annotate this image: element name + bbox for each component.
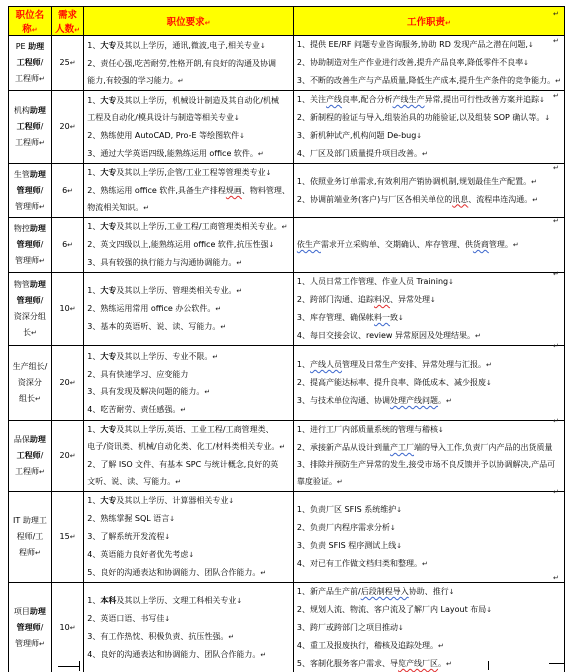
text-segment: 后段制程导入 <box>361 587 409 596</box>
job-table: 职位名称↵需求人数↵职位要求↵工作职责↵ PE 助理工程师/工程师↵25↵1、大… <box>8 6 565 672</box>
text-segment: 大专 <box>100 168 116 177</box>
format-mark: ↓ <box>539 96 545 104</box>
requirements-cell: 1、大专及其以上学历，通讯,微波,电子,相关专业↓2、责任心强,吃苦耐劳,性格开… <box>84 36 294 91</box>
format-mark: ↓ <box>169 515 175 523</box>
text-line: 2、协调前端业务(客户)与厂区各相关单位的讯息、流程串连沟通。↵ <box>297 191 561 209</box>
text-line: 3、有工作热忱、积极负责、抗压性强。↵ <box>87 628 290 646</box>
format-mark: ↵ <box>39 257 45 265</box>
text-line: 资深分组长↵ <box>12 309 48 341</box>
row-end-mark: ↵ <box>553 489 559 496</box>
text-segment: 规画 <box>226 186 242 195</box>
format-mark: ↓ <box>486 379 492 387</box>
text-line: 工程及自动化/模具设计与制造等相关专业↓ <box>87 109 290 127</box>
format-mark: ↵ <box>258 150 264 158</box>
format-mark: ↓ <box>396 542 402 550</box>
text-line: 机构助理工程师/ <box>12 103 48 135</box>
text-segment: 大专 <box>100 41 116 50</box>
text-segment: 2、熟练掌握 SQL 语言 <box>87 514 169 523</box>
text-line: 工程师↵ <box>12 71 48 87</box>
duties-cell: 1、负责厂区 SFIS 系统维护↓2、负责厂内程序需求分析↓3、负责 SFIS … <box>293 492 564 583</box>
text-segment: 、流程串连沟通。 <box>468 195 532 204</box>
row-end-mark: ↵ <box>553 575 559 582</box>
requirements-cell: 1、大专及其以上学历,英语、工业工程/工商管理类、电子/资讯类、机械/自动化类、… <box>84 421 294 492</box>
duties-cell: 1、关注产线良率,配合分析产线生产异常,提出可行性改善方案并追踪↓2、新制程的验… <box>293 91 564 164</box>
text-segment: 异常,提出可行性改善方案并追踪 <box>425 95 540 104</box>
format-mark: ↵ <box>32 26 38 34</box>
text-segment: 及其以上学历,工业工程/工商管理类相关专业。 <box>116 222 281 231</box>
text-line: 3、具有较强的执行能力与沟通协调能力。↵ <box>87 254 290 272</box>
text-line: 1、大专及其以上学历、专业不限。↵ <box>87 348 290 366</box>
text-segment: 15 <box>60 532 70 541</box>
format-mark: ↵ <box>513 241 519 249</box>
duties-cell: 1、提供 EE/RF 问题专业咨询服务,协助 RD 发现产品之潜在问题,↓2、协… <box>293 36 564 91</box>
text-segment: 需求开立采购单、交期确认、库存管理、供 <box>321 240 473 249</box>
text-segment: 本科 <box>100 596 116 605</box>
format-mark: ↵ <box>337 478 343 486</box>
format-mark: ↵ <box>67 241 73 249</box>
text-segment: 端的导入工作,负责厂内产品的出货质量 <box>414 443 553 452</box>
format-mark: ↵ <box>446 660 452 668</box>
format-mark: ↵ <box>422 150 428 158</box>
text-line: 3、不断的改善生产与产品质量,降低生产成本,提升生产条件的竞争能力。↵ <box>297 72 561 90</box>
text-segment: 及其以上学历、计算器相关专业 <box>116 496 228 505</box>
text-segment: 讯息 <box>452 195 468 204</box>
format-mark: ↓ <box>390 524 396 532</box>
format-mark: ↵ <box>70 123 76 131</box>
text-segment: 管理及日常生产安排、异常处理与汇报。 <box>342 360 486 369</box>
format-mark: ↵ <box>215 305 221 313</box>
format-mark: ↵ <box>70 379 76 387</box>
text-line: 2、承接新产品从设计到量产工厂端的导入工作,负责厂内产品的出货质量 <box>297 439 561 456</box>
table-corner-tick <box>488 661 489 670</box>
text-segment: 4、重工及报废执行，稽核及追踪处理。 <box>297 641 438 650</box>
requirements-cell: 1、大专及其以上学历,企管/工业工程等管理类专业↓2、熟练运用 office 软… <box>84 164 294 218</box>
text-line: 1、大专及其以上学历，机械设计制造及其自动化/机械 <box>87 92 290 109</box>
text-line: PE 助理工程师/ <box>12 39 48 71</box>
text-segment: 3、具有发现及解决问题的能力。 <box>87 387 204 396</box>
position-cell: 品保助理工程师/工程师↵ <box>9 421 52 492</box>
format-mark: ↵ <box>178 77 184 85</box>
text-line: 6↵ <box>55 182 80 200</box>
format-mark: ↵ <box>220 323 226 331</box>
text-line: 1、关注产线良率,配合分析产线生产异常,提出可行性改善方案并追踪↓ <box>297 91 561 109</box>
row-end-mark: ↵ <box>553 38 559 45</box>
row-end-mark: ↵ <box>553 165 559 172</box>
row-end-mark: ↵ <box>553 418 559 425</box>
text-segment: / <box>41 186 44 195</box>
format-mark: ↓ <box>236 597 242 605</box>
text-line: 管理师↵ <box>12 199 48 215</box>
text-segment: 、异常处理 <box>390 295 430 304</box>
duties-cell: 1、进行工厂内部质量系统的管理与稽核↓2、承接新产品从设计到量产工厂端的导入工作… <box>293 421 564 492</box>
text-line: 靠度验证。↵ <box>297 473 561 491</box>
text-segment: 管理师 <box>15 256 39 265</box>
headcount-cell: 6↵ <box>51 164 83 218</box>
format-mark: ↓ <box>544 114 550 122</box>
duties-cell: 1、新产品生产前/后段制程导入协助、推行↓2、规划人流、物流、客户流及了解厂内 … <box>293 583 564 672</box>
text-line: 2、提高产能达标率、提升良率、降低成本、减少报废↓ <box>297 374 561 392</box>
text-segment: 及其以上学历，机械设计制造及其自动化/机械 <box>116 96 279 105</box>
format-mark: ↵ <box>70 624 76 632</box>
text-line: 依生产需求开立采购单、交期确认、库存管理、供货商管理。↵ <box>297 236 561 254</box>
text-segment: 及其以上学历、专业不限。 <box>116 352 212 361</box>
text-line: 5、良好的沟通表达和协调能力、团队合作能力。↵ <box>87 564 290 582</box>
format-mark: ↓ <box>430 296 436 304</box>
position-cell: 生管助理管理师/管理师↵ <box>9 164 52 218</box>
text-segment: 、物料管理、 <box>242 186 290 195</box>
format-mark: ↵ <box>422 560 428 568</box>
document-page: 职位名称↵需求人数↵职位要求↵工作职责↵ PE 助理工程师/工程师↵25↵1、大… <box>0 0 565 672</box>
text-line: 2、熟练运用 office 软件,具备生产排程规画、物料管理、 <box>87 182 290 199</box>
text-segment: / <box>41 451 44 460</box>
duties-cell: 1、人员日常工作管理、作业人员 Training↓2、跨部门沟通、追踪料况、异常… <box>293 273 564 346</box>
text-line: 4、吃苦耐劳、责任感强。↵ <box>87 401 290 419</box>
text-segment: / <box>41 58 44 67</box>
text-line: 1、大专及其以上学历,企管/工业工程等管理类专业↓ <box>87 164 290 182</box>
requirements-cell: 1、大专及其以上学历、计算器相关专业↓2、熟练掌握 SQL 语言↓3、了解系统开… <box>84 492 294 583</box>
text-line: 文听、说、读、写能力。↵ <box>87 473 290 491</box>
text-line: 15↵ <box>55 528 80 546</box>
text-line: 程师↵ <box>12 545 48 561</box>
text-segment: 工程师 <box>15 138 39 147</box>
text-segment: 1、 <box>87 286 100 295</box>
text-line: IT 助理工程师/工 <box>12 513 48 545</box>
text-segment: 10 <box>60 623 70 632</box>
text-line: 5、客制化服务客户需求、导览产线厂区。↵ <box>297 655 561 672</box>
text-segment: 生产组长/资深分 <box>13 362 48 387</box>
text-line: 4、每日交接会议、review 异常原因及处理结果。↵ <box>297 327 561 345</box>
text-segment: 工程及自动化/模具设计与制造等相关专业 <box>87 113 234 122</box>
requirements-cell: 1、大专及其以上学历、专业不限。↵2、具有快速学习、应变能力3、具有发现及解决问… <box>84 346 294 421</box>
text-segment: / <box>41 240 44 249</box>
text-line: 2、责任心强,吃苦耐劳,性格开朗,有良好的沟通及协调 <box>87 55 290 72</box>
position-cell: IT 助理工程师/工程师↵ <box>9 492 52 583</box>
text-line: 物流相关知识。↵ <box>87 199 290 217</box>
format-mark: ↓ <box>448 278 454 286</box>
text-segment: 大专 <box>100 286 116 295</box>
format-mark: ↓ <box>188 551 194 559</box>
table-corner-tick <box>58 666 79 667</box>
text-line: 物管助理管理师/ <box>12 277 48 309</box>
text-segment: 1、 <box>87 96 100 105</box>
text-line: 管理师↵ <box>12 253 48 269</box>
format-mark: ↵ <box>70 59 76 67</box>
text-segment: 2、英文四级以上,能熟练运用 office 软件,抗压性强 <box>87 240 268 249</box>
headcount-cell: 20↵ <box>51 91 83 164</box>
text-segment: 4、良好的沟通表达和协调能力、团队合作能力。 <box>87 650 260 659</box>
text-segment: 项目 <box>14 607 30 616</box>
text-segment: 管理师 <box>15 639 39 648</box>
text-segment: 机构 <box>14 106 30 115</box>
text-segment: 电子/资讯类、机械/自动化类、化工/材料类相关专业。 <box>87 442 279 451</box>
text-segment: 3、排除并预防生产异常的发生,接受市场不良反馈并予以协调解决,产品可 <box>297 460 555 469</box>
format-mark: ↵ <box>486 361 492 369</box>
text-line: 4、厂区及部门质量提升项目改善。↵ <box>297 145 561 163</box>
text-segment: 物控 <box>14 224 30 233</box>
text-line: 1、提供 EE/RF 问题专业咨询服务,协助 RD 发现产品之潜在问题,↓ <box>297 36 561 54</box>
text-segment: 大专 <box>100 222 116 231</box>
header-cell: 工作职责↵ <box>293 7 564 36</box>
format-mark: ↵ <box>205 19 211 27</box>
text-line: 3、库存管理、确保帐料一致↓ <box>297 309 561 327</box>
format-mark: ↵ <box>555 77 561 85</box>
format-mark: ↓ <box>268 241 274 249</box>
text-segment: 1、关注 <box>297 95 326 104</box>
table-corner-tick <box>549 663 564 664</box>
format-mark: ↵ <box>532 196 538 204</box>
text-segment: 5、客制化服务客户需求、导 <box>297 659 398 668</box>
text-segment: 1、 <box>87 425 100 434</box>
text-segment: 及其以上学历、管理类相关专业。 <box>116 286 236 295</box>
text-segment: 5、良好的沟通表达和协调能力、团队合作能力。 <box>87 568 260 577</box>
format-mark: ↵ <box>39 139 45 147</box>
text-segment: 20 <box>60 378 70 387</box>
format-mark: ↓ <box>239 132 245 140</box>
format-mark: ↓ <box>449 588 455 596</box>
text-segment: 3、具有较强的执行能力与沟通协调能力。 <box>87 258 236 267</box>
text-line: 生管助理管理师/ <box>12 167 48 199</box>
format-mark: ↵ <box>39 75 45 83</box>
text-line: 工程师↵ <box>12 135 48 151</box>
text-segment: 3、有工作热忱、积极负责、抗压性强。 <box>87 632 228 641</box>
text-segment: 产线人员 <box>310 360 342 369</box>
text-line: 1、本科及其以上学历、文理工科相关专业↓ <box>87 592 290 610</box>
format-mark: ↵ <box>35 395 41 403</box>
text-segment: 20 <box>60 451 70 460</box>
text-segment: 大专 <box>100 96 116 105</box>
text-segment: 能力,有较强的学习能力。 <box>87 76 178 85</box>
position-cell: 项目助理管理师/管理师↵ <box>9 583 52 672</box>
format-mark: ↓ <box>266 169 272 177</box>
text-line: 3、新机种试产,机构问题 De-bug↓ <box>297 127 561 145</box>
text-segment: 2、协调前端业务(客户)与厂区各相关单位的 <box>297 195 452 204</box>
requirements-cell: 1、大专及其以上学历,工业工程/工商管理类相关专业。↵2、英文四级以上,能熟练运… <box>84 218 294 273</box>
headcount-cell: 20↵ <box>51 421 83 492</box>
format-mark: ↵ <box>475 332 481 340</box>
format-mark: ↓ <box>523 59 529 67</box>
format-mark: ↵ <box>180 406 186 414</box>
format-mark: ↵ <box>212 353 218 361</box>
text-segment: 2、协助制造对生产作业进行改善,提升产品良率,降低零件不良率 <box>297 58 523 67</box>
format-mark: ↓ <box>164 533 170 541</box>
text-segment: 2、新制程的验证与导入,组装治具的功能验证,以及组装 SOP 确认等。 <box>297 113 544 122</box>
text-segment: 物流相关知识。 <box>87 203 143 212</box>
text-line: 2、熟练掌握 SQL 语言↓ <box>87 510 290 528</box>
text-segment: 10 <box>60 304 70 313</box>
format-mark: ↵ <box>70 533 76 541</box>
format-mark: ↵ <box>446 397 452 405</box>
text-line: 2、协助制造对生产作业进行改善,提升产品良率,降低零件不良率↓ <box>297 54 561 72</box>
text-line: 项目助理管理师/ <box>12 604 48 636</box>
text-segment: 产工厂 <box>390 443 414 452</box>
table-row: PE 助理工程师/工程师↵25↵1、大专及其以上学历，通讯,微波,电子,相关专业… <box>9 36 565 91</box>
text-segment: 生管 <box>14 170 30 179</box>
text-segment: 3、基本的英语听、说、读、写能力。 <box>87 322 220 331</box>
text-segment: 2、英语口语、书写佳 <box>87 614 164 623</box>
position-cell: 物管助理管理师/资深分组长↵ <box>9 273 52 346</box>
text-line: 物控助理管理师/ <box>12 221 48 253</box>
text-segment: 料一 <box>374 313 390 322</box>
header-row: 职位名称↵需求人数↵职位要求↵工作职责↵ <box>9 7 565 36</box>
text-segment: 管理。 <box>489 240 513 249</box>
text-line: 2、熟练运用常用 office 办公软件。↵ <box>87 300 290 318</box>
text-line: 3、与技术单位沟通、协调处理产线问题。↵ <box>297 392 561 410</box>
table-corner-tick <box>79 661 80 671</box>
requirements-cell: 1、大专及其以上学历、管理类相关专业。↵2、熟练运用常用 office 办公软件… <box>84 273 294 346</box>
text-line: 10↵ <box>55 300 80 318</box>
format-mark: ↵ <box>74 26 80 34</box>
format-mark: ↵ <box>70 305 76 313</box>
text-line: 1、大专及其以上学历、计算器相关专业↓ <box>87 492 290 510</box>
text-line: 2、英文四级以上,能熟练运用 office 软件,抗压性强↓ <box>87 236 290 254</box>
row-end-mark: ↵ <box>553 271 559 278</box>
text-line: 1、负责厂区 SFIS 系统维护↓ <box>297 501 561 519</box>
format-mark: ↵ <box>260 569 266 577</box>
format-mark: ↵ <box>39 203 45 211</box>
text-segment: 2、跨部门沟通、追踪 <box>297 295 374 304</box>
text-line: 4、英语能力良好者优先考虑↓ <box>87 546 290 564</box>
text-segment: 3、不断的改善生产与产品质量,降低生产成本,提升生产条件的竞争能力。 <box>297 76 555 85</box>
headcount-cell: 10↵ <box>51 273 83 346</box>
duties-cell: 1、产线人员管理及日常生产安排、异常处理与汇报。↵2、提高产能达标率、提升良率、… <box>293 346 564 421</box>
text-line: 2、负责厂内程序需求分析↓ <box>297 519 561 537</box>
text-segment: / <box>41 623 44 632</box>
text-segment: 大专 <box>100 352 116 361</box>
text-segment: 2、熟练运用 office 软件,具备生产排程 <box>87 186 226 195</box>
text-segment: 靠度验证。 <box>297 477 337 486</box>
text-segment: / <box>41 296 44 305</box>
text-segment: 1、提供 EE/RF 问题专业咨询服务,协助 RD 发现产品之潜在问题, <box>297 40 528 49</box>
text-segment: 4、英语能力良好者优先考虑 <box>87 550 188 559</box>
headcount-cell: 15↵ <box>51 492 83 583</box>
headcount-cell: 25↵ <box>51 36 83 91</box>
format-mark: ↵ <box>260 651 266 659</box>
header-cell: 需求人数↵ <box>51 7 83 36</box>
format-mark: ↵ <box>236 259 242 267</box>
text-line: 工程师↵ <box>12 464 48 480</box>
table-row: 品保助理工程师/工程师↵20↵1、大专及其以上学历,英语、工业工程/工商管理类、… <box>9 421 565 492</box>
text-line: 20↵ <box>55 374 80 392</box>
text-segment: 1、 <box>87 352 100 361</box>
text-segment: 1、 <box>87 222 100 231</box>
text-segment: 货商 <box>473 240 489 249</box>
format-mark: ↵ <box>70 452 76 460</box>
text-line: 3、通过大学英语四级,能熟练运用 office 软件。↵ <box>87 145 290 163</box>
text-line: 4、对已有工作做文档归类和整理。↵ <box>297 555 561 573</box>
position-cell: 生产组长/资深分组长↵ <box>9 346 52 421</box>
text-segment: 工程师 <box>15 74 39 83</box>
text-line: 3、负责 SFIS 程序测试上线↓ <box>297 537 561 555</box>
text-segment: 2、承接新产品从设计到量 <box>297 443 390 452</box>
text-segment: 品保 <box>14 435 30 444</box>
text-segment: 致 <box>390 313 398 322</box>
text-segment: 产线 <box>326 95 342 104</box>
text-line: 10↵ <box>55 619 80 637</box>
text-segment: 4、每日交接会议、review 异常原因及处理结果。 <box>297 331 475 340</box>
text-segment: 职位名称 <box>16 10 45 35</box>
duties-cell: 依生产需求开立采购单、交期确认、库存管理、供货商管理。↵ <box>293 218 564 273</box>
text-line: 25↵ <box>55 54 80 72</box>
text-line: 4、良好的沟通表达和协调能力、团队合作能力。↵ <box>87 646 290 664</box>
text-line: 1、大专及其以上学历、管理类相关专业。↵ <box>87 282 290 300</box>
format-mark: ↵ <box>204 388 210 396</box>
text-segment: 3、负责 SFIS 程序测试上线 <box>297 541 396 550</box>
text-line: 管理师↵ <box>12 636 48 652</box>
format-mark: ↓ <box>164 615 170 623</box>
format-mark: ↵ <box>445 19 451 27</box>
format-mark: ↵ <box>35 549 41 557</box>
text-segment: 4、对已有工作做文档归类和整理。 <box>297 559 422 568</box>
text-line: 3、具有发现及解决问题的能力。↵ <box>87 383 290 401</box>
format-mark: ↓ <box>528 41 534 49</box>
text-segment: 。 <box>438 396 446 405</box>
text-segment: 3、库存管理、确保帐 <box>297 313 374 322</box>
text-segment: 职位要求 <box>167 17 205 28</box>
text-line: 20↵ <box>55 118 80 136</box>
format-mark: ↵ <box>67 187 73 195</box>
text-line: 1、新产品生产前/后段制程导入协助、推行↓ <box>297 583 561 601</box>
table-row: 生产组长/资深分组长↵20↵1、大专及其以上学历、专业不限。↵2、具有快速学习、… <box>9 346 565 421</box>
text-segment: 20 <box>60 122 70 131</box>
format-mark: ↵ <box>31 329 37 337</box>
format-mark: ↓ <box>228 497 234 505</box>
text-line: 2、规划人流、物流、客户流及了解厂内 Layout 布局↓ <box>297 601 561 619</box>
text-segment: 1、依照业务订单需求,有效利用产销协调机制,规划最佳生产配置。 <box>297 177 531 186</box>
header-cell: 职位要求↵ <box>84 7 294 36</box>
format-mark: ↵ <box>438 642 444 650</box>
text-line: 2、新制程的验证与导入,组装治具的功能验证,以及组装 SOP 确认等。↓ <box>297 109 561 127</box>
text-segment: 2、提高产能达标率、提升良率、降低成本、减少报废 <box>297 378 486 387</box>
text-segment: 处理产线问题 <box>390 396 438 405</box>
format-mark: ↵ <box>279 443 285 451</box>
text-segment: 组长 <box>19 394 35 403</box>
text-line: 2、英语口语、书写佳↓ <box>87 610 290 628</box>
text-line: 1、产线人员管理及日常生产安排、异常处理与汇报。↵ <box>297 356 561 374</box>
text-segment: 2、熟练使用 AutoCAD, Pro-E 等绘图软件 <box>87 131 239 140</box>
text-line: 6↵ <box>55 236 80 254</box>
text-segment: 2、了解 ISO 文件、有基本 SPC 与统计概念,良好的英 <box>87 460 278 469</box>
text-segment: 文听、说、读、写能力。 <box>87 477 175 486</box>
text-segment: 4、吃苦耐劳、责任感强。 <box>87 405 180 414</box>
text-segment: 1、负责厂区 SFIS 系统维护 <box>297 505 396 514</box>
text-segment: 4、厂区及部门质量提升项目改善。 <box>297 149 422 158</box>
text-line: 2、跨部门沟通、追踪料况、异常处理↓ <box>297 291 561 309</box>
text-segment: 1、 <box>87 496 100 505</box>
text-line: 1、大专及其以上学历,英语、工业工程/工商管理类、 <box>87 421 290 438</box>
text-segment: 25 <box>60 58 70 67</box>
position-cell: PE 助理工程师/工程师↵ <box>9 36 52 91</box>
format-mark: ↵ <box>39 468 45 476</box>
format-mark: ↓ <box>438 426 444 434</box>
table-row: 生管助理管理师/管理师↵6↵1、大专及其以上学历,企管/工业工程等管理类专业↓2… <box>9 164 565 218</box>
text-segment: 。 <box>438 659 446 668</box>
table-row: 机构助理工程师/工程师↵20↵1、大专及其以上学历，机械设计制造及其自动化/机械… <box>9 91 565 164</box>
format-mark: ↓ <box>396 506 402 514</box>
text-segment: 及其以上学历,英语、工业工程/工商管理类、 <box>116 425 273 434</box>
format-mark: ↵ <box>39 640 45 648</box>
text-line: 2、了解 ISO 文件、有基本 SPC 与统计概念,良好的英 <box>87 456 290 473</box>
text-segment: 及其以上学历，通讯,微波,电子,相关专业 <box>116 41 260 50</box>
text-segment: 大专 <box>100 425 116 434</box>
text-line: 组长↵ <box>12 391 48 407</box>
text-line: 1、人员日常工作管理、作业人员 Training↓ <box>297 273 561 291</box>
text-segment: 1、新产品生产前/ <box>297 587 361 596</box>
table-row: 物管助理管理师/资深分组长↵10↵1、大专及其以上学历、管理类相关专业。↵2、熟… <box>9 273 565 346</box>
format-mark: ↵ <box>531 178 537 186</box>
text-line: 3、跨厂或跨部门之项目推动↓ <box>297 619 561 637</box>
text-segment: 管理师 <box>15 202 39 211</box>
text-line: 2、具有快速学习、应变能力 <box>87 366 290 383</box>
